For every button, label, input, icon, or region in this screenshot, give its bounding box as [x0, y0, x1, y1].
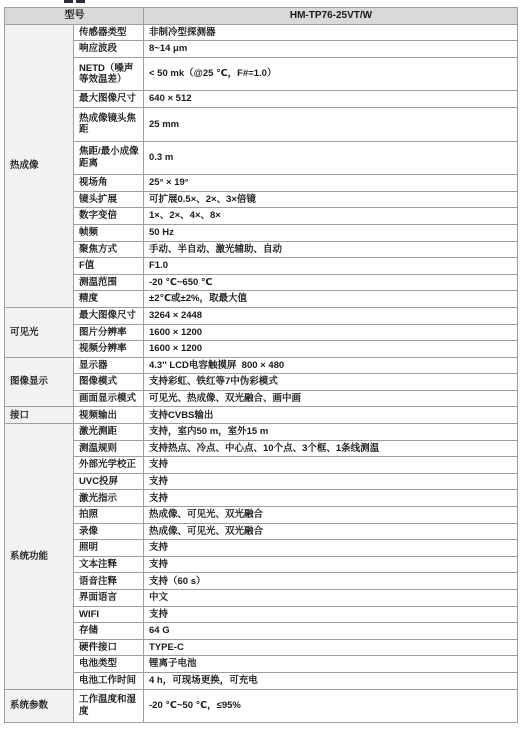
- value-cell: 支持: [144, 473, 518, 490]
- value-cell: 0.3 m: [144, 141, 518, 175]
- table-row: 镜头扩展可扩展0.5×、2×、3×倍镜: [5, 191, 518, 208]
- value-cell: -20 ℃~650 ℃: [144, 274, 518, 291]
- param-cell: 显示器: [74, 357, 144, 374]
- category-cell: 可见光: [5, 307, 74, 357]
- param-cell: 数字变倍: [74, 208, 144, 225]
- category-cell: 接口: [5, 407, 74, 424]
- param-cell: 电池工作时间: [74, 672, 144, 689]
- value-cell: F1.0: [144, 258, 518, 275]
- param-cell: 硬件接口: [74, 639, 144, 656]
- table-row: 接口视频输出支持CVBS输出: [5, 407, 518, 424]
- param-cell: 外部光学校正: [74, 457, 144, 474]
- value-cell: 支持: [144, 457, 518, 474]
- param-cell: 工作温度和湿度: [74, 689, 144, 723]
- param-cell: 测温规则: [74, 440, 144, 457]
- table-row: 响应波段8~14 μm: [5, 41, 518, 58]
- table-row: 焦距/最小成像距离0.3 m: [5, 141, 518, 175]
- table-row: 照明支持: [5, 540, 518, 557]
- table-row: F值F1.0: [5, 258, 518, 275]
- param-cell: 电池类型: [74, 656, 144, 673]
- value-cell: 50 Hz: [144, 224, 518, 241]
- param-cell: 照明: [74, 540, 144, 557]
- value-cell: 可见光、热成像、双光融合、画中画: [144, 390, 518, 407]
- table-row: 最大图像尺寸640 × 512: [5, 91, 518, 108]
- category-cell: 热成像: [5, 24, 74, 307]
- value-cell: ±2℃或±2%，取最大值: [144, 291, 518, 308]
- param-cell: 聚焦方式: [74, 241, 144, 258]
- param-cell: 存储: [74, 623, 144, 640]
- table-row: 测温范围-20 ℃~650 ℃: [5, 274, 518, 291]
- value-cell: 锂离子电池: [144, 656, 518, 673]
- model-label-cell: 型号: [5, 8, 144, 25]
- value-cell: 640 × 512: [144, 91, 518, 108]
- value-cell: 支持彩虹、铁红等7中伪彩模式: [144, 374, 518, 391]
- table-row: 测温规则支持热点、冷点、中心点、10个点、3个框、1条线测温: [5, 440, 518, 457]
- table-header-row: 型号 HM-TP76-25VT/W: [5, 8, 518, 25]
- table-row: 激光指示支持: [5, 490, 518, 507]
- table-row: 系统功能激光测距支持，室内50 m，室外15 m: [5, 424, 518, 441]
- param-cell: 视频分辨率: [74, 341, 144, 358]
- value-cell: 热成像、可见光、双光融合: [144, 523, 518, 540]
- table-row: 图像模式支持彩虹、铁红等7中伪彩模式: [5, 374, 518, 391]
- param-cell: 焦距/最小成像距离: [74, 141, 144, 175]
- table-row: 图像显示显示器4.3'' LCD电容触摸屏 800 × 480: [5, 357, 518, 374]
- value-cell: 手动、半自动、激光辅助、自动: [144, 241, 518, 258]
- table-row: 帧频50 Hz: [5, 224, 518, 241]
- category-cell: 图像显示: [5, 357, 74, 407]
- value-cell: -20 ℃~50 ℃，≤95%: [144, 689, 518, 723]
- value-cell: 4.3'' LCD电容触摸屏 800 × 480: [144, 357, 518, 374]
- table-row: NETD（噪声等效温差）< 50 mk（@25 ℃，F#=1.0）: [5, 57, 518, 91]
- param-cell: 画面显示模式: [74, 390, 144, 407]
- param-cell: 最大图像尺寸: [74, 307, 144, 324]
- value-cell: 64 G: [144, 623, 518, 640]
- param-cell: 文本注释: [74, 556, 144, 573]
- value-cell: 1×、2×、4×、8×: [144, 208, 518, 225]
- table-row: 可见光最大图像尺寸3264 × 2448: [5, 307, 518, 324]
- value-cell: 25° × 19°: [144, 175, 518, 192]
- param-cell: UVC投屏: [74, 473, 144, 490]
- param-cell: 传感器类型: [74, 24, 144, 41]
- table-row: 数字变倍1×、2×、4×、8×: [5, 208, 518, 225]
- value-cell: 可扩展0.5×、2×、3×倍镜: [144, 191, 518, 208]
- param-cell: 最大图像尺寸: [74, 91, 144, 108]
- table-row: 热成像传感器类型非制冷型探测器: [5, 24, 518, 41]
- param-cell: 录像: [74, 523, 144, 540]
- value-cell: 支持: [144, 540, 518, 557]
- spec-table-body: 型号 HM-TP76-25VT/W 热成像传感器类型非制冷型探测器响应波段8~1…: [5, 8, 518, 723]
- table-row: 图片分辨率1600 × 1200: [5, 324, 518, 341]
- table-row: 存储64 G: [5, 623, 518, 640]
- table-row: 精度±2℃或±2%，取最大值: [5, 291, 518, 308]
- table-row: 电池工作时间4 h，可现场更换，可充电: [5, 672, 518, 689]
- table-row: 视频分辨率1600 × 1200: [5, 341, 518, 358]
- param-cell: 热成像镜头焦距: [74, 107, 144, 141]
- param-cell: 图像模式: [74, 374, 144, 391]
- category-cell: 系统功能: [5, 424, 74, 690]
- category-cell: 系统参数: [5, 689, 74, 723]
- table-row: WIFI支持: [5, 606, 518, 623]
- table-row: 录像热成像、可见光、双光融合: [5, 523, 518, 540]
- value-cell: 4 h，可现场更换，可充电: [144, 672, 518, 689]
- param-cell: WIFI: [74, 606, 144, 623]
- value-cell: < 50 mk（@25 ℃，F#=1.0）: [144, 57, 518, 91]
- table-row: 语音注释支持（60 s）: [5, 573, 518, 590]
- value-cell: 热成像、可见光、双光融合: [144, 507, 518, 524]
- table-row: 界面语言中文: [5, 590, 518, 607]
- table-row: 画面显示模式可见光、热成像、双光融合、画中画: [5, 390, 518, 407]
- table-row: UVC投屏支持: [5, 473, 518, 490]
- table-row: 文本注释支持: [5, 556, 518, 573]
- param-cell: NETD（噪声等效温差）: [74, 57, 144, 91]
- value-cell: 25 mm: [144, 107, 518, 141]
- cropped-heading-artifact: [64, 0, 85, 3]
- param-cell: 测温范围: [74, 274, 144, 291]
- value-cell: 中文: [144, 590, 518, 607]
- table-row: 系统参数工作温度和湿度-20 ℃~50 ℃，≤95%: [5, 689, 518, 723]
- value-cell: 支持（60 s）: [144, 573, 518, 590]
- table-row: 外部光学校正支持: [5, 457, 518, 474]
- value-cell: 1600 × 1200: [144, 324, 518, 341]
- model-value-cell: HM-TP76-25VT/W: [144, 8, 518, 25]
- value-cell: 支持CVBS输出: [144, 407, 518, 424]
- value-cell: 1600 × 1200: [144, 341, 518, 358]
- table-row: 视场角25° × 19°: [5, 175, 518, 192]
- param-cell: 语音注释: [74, 573, 144, 590]
- value-cell: 支持: [144, 606, 518, 623]
- value-cell: TYPE-C: [144, 639, 518, 656]
- table-row: 硬件接口TYPE-C: [5, 639, 518, 656]
- param-cell: 视场角: [74, 175, 144, 192]
- param-cell: 图片分辨率: [74, 324, 144, 341]
- table-row: 热成像镜头焦距25 mm: [5, 107, 518, 141]
- value-cell: 非制冷型探测器: [144, 24, 518, 41]
- table-row: 拍照热成像、可见光、双光融合: [5, 507, 518, 524]
- table-row: 电池类型锂离子电池: [5, 656, 518, 673]
- value-cell: 支持，室内50 m，室外15 m: [144, 424, 518, 441]
- value-cell: 8~14 μm: [144, 41, 518, 58]
- param-cell: 帧频: [74, 224, 144, 241]
- param-cell: 激光测距: [74, 424, 144, 441]
- param-cell: 镜头扩展: [74, 191, 144, 208]
- value-cell: 支持热点、冷点、中心点、10个点、3个框、1条线测温: [144, 440, 518, 457]
- spec-table: 型号 HM-TP76-25VT/W 热成像传感器类型非制冷型探测器响应波段8~1…: [4, 7, 518, 723]
- value-cell: 支持: [144, 490, 518, 507]
- value-cell: 支持: [144, 556, 518, 573]
- param-cell: 精度: [74, 291, 144, 308]
- cropped-text-fragment: [64, 0, 73, 3]
- param-cell: 响应波段: [74, 41, 144, 58]
- param-cell: 激光指示: [74, 490, 144, 507]
- param-cell: 界面语言: [74, 590, 144, 607]
- param-cell: 视频输出: [74, 407, 144, 424]
- param-cell: F值: [74, 258, 144, 275]
- cropped-text-fragment: [76, 0, 85, 3]
- table-row: 聚焦方式手动、半自动、激光辅助、自动: [5, 241, 518, 258]
- param-cell: 拍照: [74, 507, 144, 524]
- value-cell: 3264 × 2448: [144, 307, 518, 324]
